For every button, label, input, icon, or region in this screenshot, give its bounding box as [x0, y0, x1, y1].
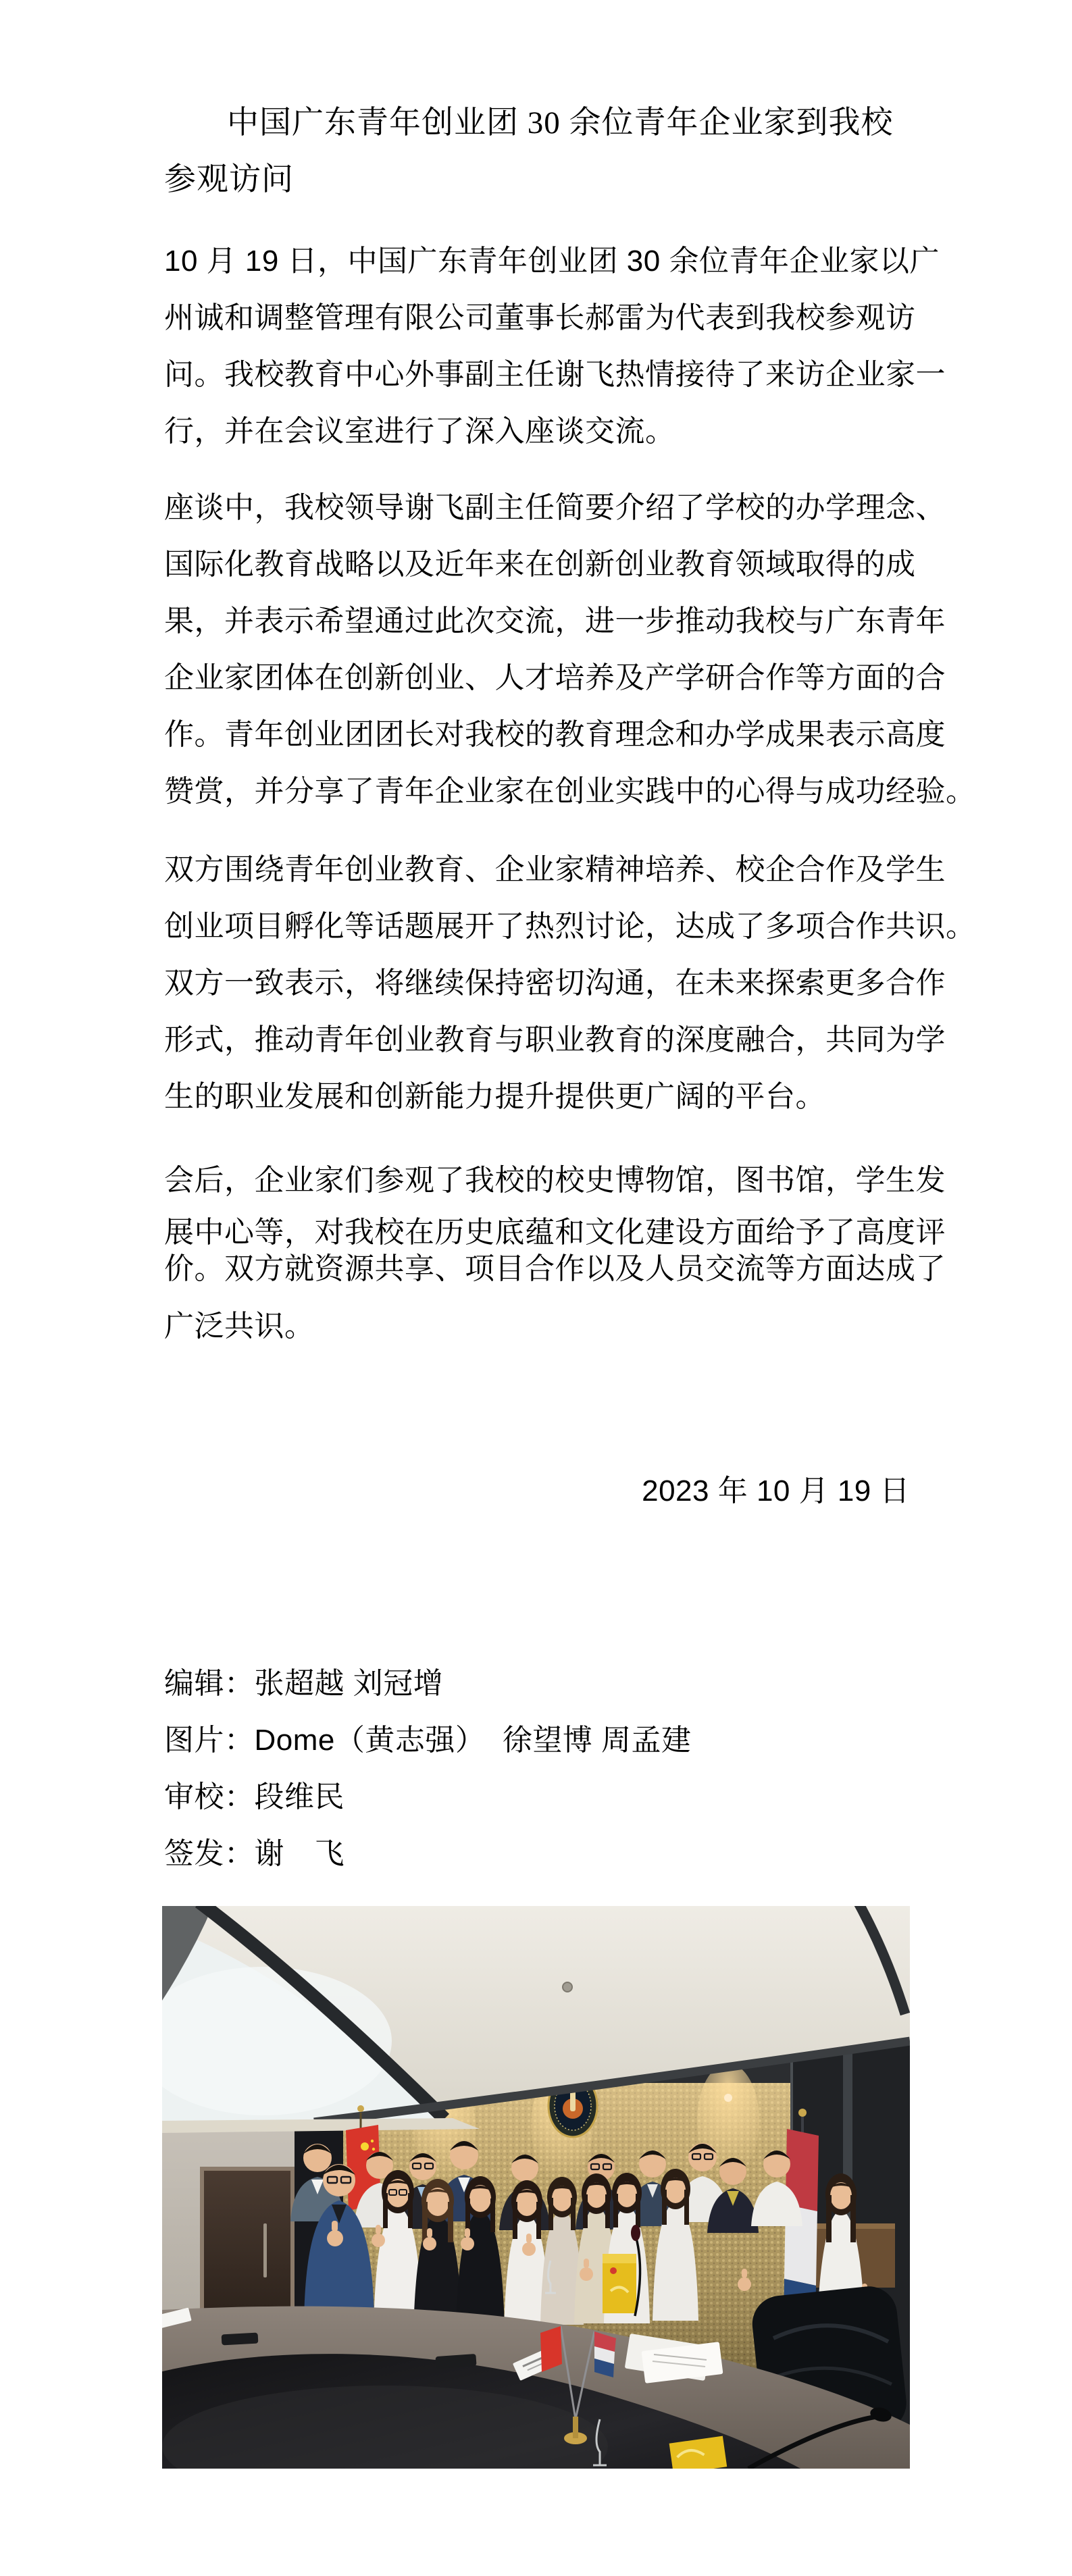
- credit-line-editor: 编辑：张超越 刘冠增: [164, 1655, 910, 1712]
- body-line: 问。我校教育中心外事副主任谢飞热情接待了来访企业家一: [164, 346, 910, 403]
- body-line: 赞赏，并分享了青年企业家在创业实践中的心得与成功经验。: [164, 763, 910, 820]
- body-line: 创业项目孵化等话题展开了热烈讨论，达成了多项合作共识。: [164, 898, 910, 955]
- body-line: 果，并表示希望通过此次交流，进一步推动我校与广东青年: [164, 593, 910, 650]
- body-line: 企业家团体在创新创业、人才培养及产学研合作等方面的合: [164, 650, 910, 706]
- body-line: 州诚和调整管理有限公司董事长郝雷为代表到我校参观访: [164, 290, 910, 346]
- body-line: 双方围绕青年创业教育、企业家精神培养、校企合作及学生: [164, 842, 910, 898]
- body-line: 行，并在会议室进行了深入座谈交流。: [164, 403, 910, 460]
- page-title-line: 参观访问: [164, 151, 910, 208]
- document-page: 中国广东青年创业团 30 余位青年企业家到我校 参观访问 10 月 19 日，中…: [0, 0, 1072, 2576]
- body-line: 作。青年创业团团长对我校的教育理念和办学成果表示高度: [164, 706, 910, 763]
- body-line: 广泛共识。: [164, 1298, 910, 1355]
- gift-box: [603, 2254, 636, 2313]
- ceiling-speaker-icon: [563, 1982, 572, 1992]
- page-title-line: 中国广东青年创业团 30 余位青年企业家到我校: [227, 95, 973, 151]
- body-line: 国际化教育战略以及近年来在创新创业教育领域取得的成: [164, 536, 910, 593]
- credit-line-photos: 图片：Dome（黄志强） 徐望博 周孟建: [164, 1712, 910, 1769]
- body-line: 双方一致表示，将继续保持密切沟通，在未来探索更多合作: [164, 955, 910, 1012]
- date-line: 2023 年 10 月 19 日: [164, 1463, 910, 1520]
- body-line: 形式，推动青年创业教育与职业教育的深度融合，共同为学: [164, 1012, 910, 1068]
- body-line: 价。双方就资源共享、项目合作以及人员交流等方面达成了: [164, 1247, 910, 1291]
- body-line: 10 月 19 日，中国广东青年创业团 30 余位青年企业家以广: [164, 233, 910, 290]
- credit-line-issuer: 签发：谢 飞: [164, 1826, 910, 1882]
- body-line: 会后，企业家们参观了我校的校史博物馆，图书馆，学生发: [164, 1152, 910, 1209]
- credit-line-reviewer: 审校：段维民: [164, 1769, 910, 1826]
- group-photo: [162, 1906, 910, 2469]
- body-line: 座谈中，我校领导谢飞副主任简要介绍了学校的办学理念、: [164, 480, 910, 536]
- body-line: 生的职业发展和创新能力提升提供更广阔的平台。: [164, 1068, 910, 1125]
